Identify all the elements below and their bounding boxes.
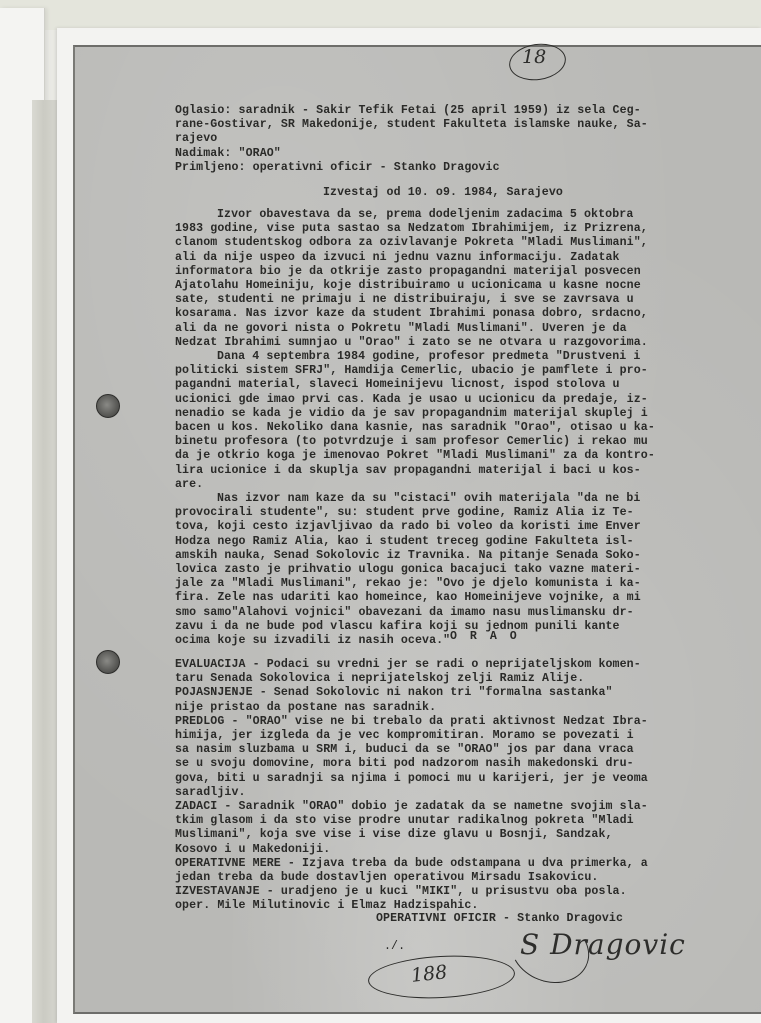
text-line: da je otkrio koga je imenovao Pokret "Ml… — [175, 449, 655, 463]
text-line: POJASNJENJE - Senad Sokolovic ni nakon t… — [175, 686, 648, 700]
text-line: ZADACI - Saradnik "ORAO" dobio je zadata… — [175, 800, 648, 814]
text-line: Oglasio: saradnik - Sakir Tefik Fetai (2… — [175, 104, 648, 118]
text-line: EVALUACIJA - Podaci su vredni jer se rad… — [175, 658, 648, 672]
page-number-bottom: 188 — [410, 961, 448, 987]
text-line: kosarama. Nas izvor kaze da student Ibra… — [175, 307, 655, 321]
text-line: sa nasim sluzbama u SRM i, buduci da se … — [175, 743, 648, 757]
text-line: informatora bio je da otkrije zasto prop… — [175, 265, 655, 279]
officer-signature-line: OPERATIVNI OFICIR - Stanko Dragovic — [376, 912, 623, 926]
page-number-top: 18 — [522, 46, 546, 68]
text-line: Primljeno: operativni oficir - Stanko Dr… — [175, 161, 648, 175]
text-line: sate, studenti ne primaju i ne distribui… — [175, 293, 655, 307]
text-line: Muslimani", koja sve vise i vise dize gl… — [175, 828, 648, 842]
text-line: politicki sistem SFRJ", Hamdija Cemerlic… — [175, 364, 655, 378]
text-line: binetu profesora (to potvrdzuje i sam pr… — [175, 435, 655, 449]
report-body: Izvor obavestava da se, prema dodeljenim… — [175, 208, 655, 648]
text-line: amskih nauka, Senad Sokolovic iz Travnik… — [175, 549, 655, 563]
punch-hole-icon — [96, 394, 120, 418]
text-line: provocirali studente", su: student prve … — [175, 506, 655, 520]
text-line: are. — [175, 478, 655, 492]
text-line: jale za "Mladi Muslimani", rekao je: "Ov… — [175, 577, 655, 591]
punch-hole-icon — [96, 650, 120, 674]
evaluation-section: EVALUACIJA - Podaci su vredni jer se rad… — [175, 658, 648, 914]
text-line: pagandni material, slaveci Homeinijevu l… — [175, 378, 655, 392]
background-surface — [0, 0, 761, 30]
text-line: ali da nije uspeo da izvuci ni jednu vaz… — [175, 251, 655, 265]
text-line: lovica zasto je prihvatio ulogu gonica b… — [175, 563, 655, 577]
text-line: rajevo — [175, 132, 648, 146]
text-line: jedan treba da bude dostavljen operativo… — [175, 871, 648, 885]
source-signature: O R A O — [450, 630, 520, 644]
text-line: nenadio se kada je vidio da je sav propa… — [175, 407, 655, 421]
text-line: IZVESTAVANJE - uradjeno je u kuci "MIKI"… — [175, 885, 648, 899]
text-line: Dana 4 septembra 1984 godine, profesor p… — [175, 350, 655, 364]
text-line: ocima koje su izvadili iz nasih oceva." — [175, 634, 655, 648]
text-line: himija, jer izgleda da je vec kompromiti… — [175, 729, 648, 743]
text-line: lira ucionice i da skuplja sav propagand… — [175, 464, 655, 478]
text-line: Nas izvor nam kaze da su "cistaci" ovih … — [175, 492, 655, 506]
text-line: tova, koji cesto izjavljivao da rado bi … — [175, 520, 655, 534]
text-line: taru Senada Sokolovica i neprijatelskoj … — [175, 672, 648, 686]
text-line: OPERATIVNE MERE - Izjava treba da bude o… — [175, 857, 648, 871]
text-line: Hodza nego Ramiz Alia, kao i student tre… — [175, 535, 655, 549]
text-line: tkim glasom i da sto vise prodre unutar … — [175, 814, 648, 828]
text-line: 1983 godine, vise puta sastao sa Nedzato… — [175, 222, 655, 236]
handwritten-signature: S Dragovic — [520, 928, 686, 961]
binder-gutter — [32, 100, 58, 1023]
document-header: Oglasio: saradnik - Sakir Tefik Fetai (2… — [175, 104, 648, 175]
text-line: zavu i da ne bude pod vlascu kafira koji… — [175, 620, 655, 634]
text-line: ucionici gde imao prvi cas. Kada je usao… — [175, 393, 655, 407]
text-line: fira. Zele nas udariti kao homeince, kao… — [175, 591, 655, 605]
text-line: Nadimak: "ORAO" — [175, 147, 648, 161]
text-line: saradljiv. — [175, 786, 648, 800]
text-line: smo samo"Alahovi vojnici" obavezani da i… — [175, 606, 655, 620]
text-line: se u svoju domovine, mora biti pod nadzo… — [175, 757, 648, 771]
text-line: ali da ne govori nista o Pokretu "Mladi … — [175, 322, 655, 336]
text-line: nije pristao da postane nas saradnik. — [175, 701, 648, 715]
text-line: Izvor obavestava da se, prema dodeljenim… — [175, 208, 655, 222]
text-line: Nedzat Ibrahimi sumnjao u "Orao" i zato … — [175, 336, 655, 350]
text-line: gova, biti u saradnji sa njima i pomoci … — [175, 772, 648, 786]
text-line: Ajatolahu Homeiniju, koje distribuiramo … — [175, 279, 655, 293]
text-line: rane-Gostivar, SR Makedonije, student Fa… — [175, 118, 648, 132]
enclosure-mark: ./. — [384, 940, 405, 954]
text-line: PREDLOG - "ORAO" vise ne bi trebalo da p… — [175, 715, 648, 729]
text-line: bacen u kos. Nekoliko dana kasnie, nas s… — [175, 421, 655, 435]
text-line: clanom studentskog odbora za ozivlavanje… — [175, 236, 655, 250]
report-title: Izvestaj od 10. o9. 1984, Sarajevo — [323, 186, 563, 200]
text-line: Kosovo i u Makedoniji. — [175, 843, 648, 857]
